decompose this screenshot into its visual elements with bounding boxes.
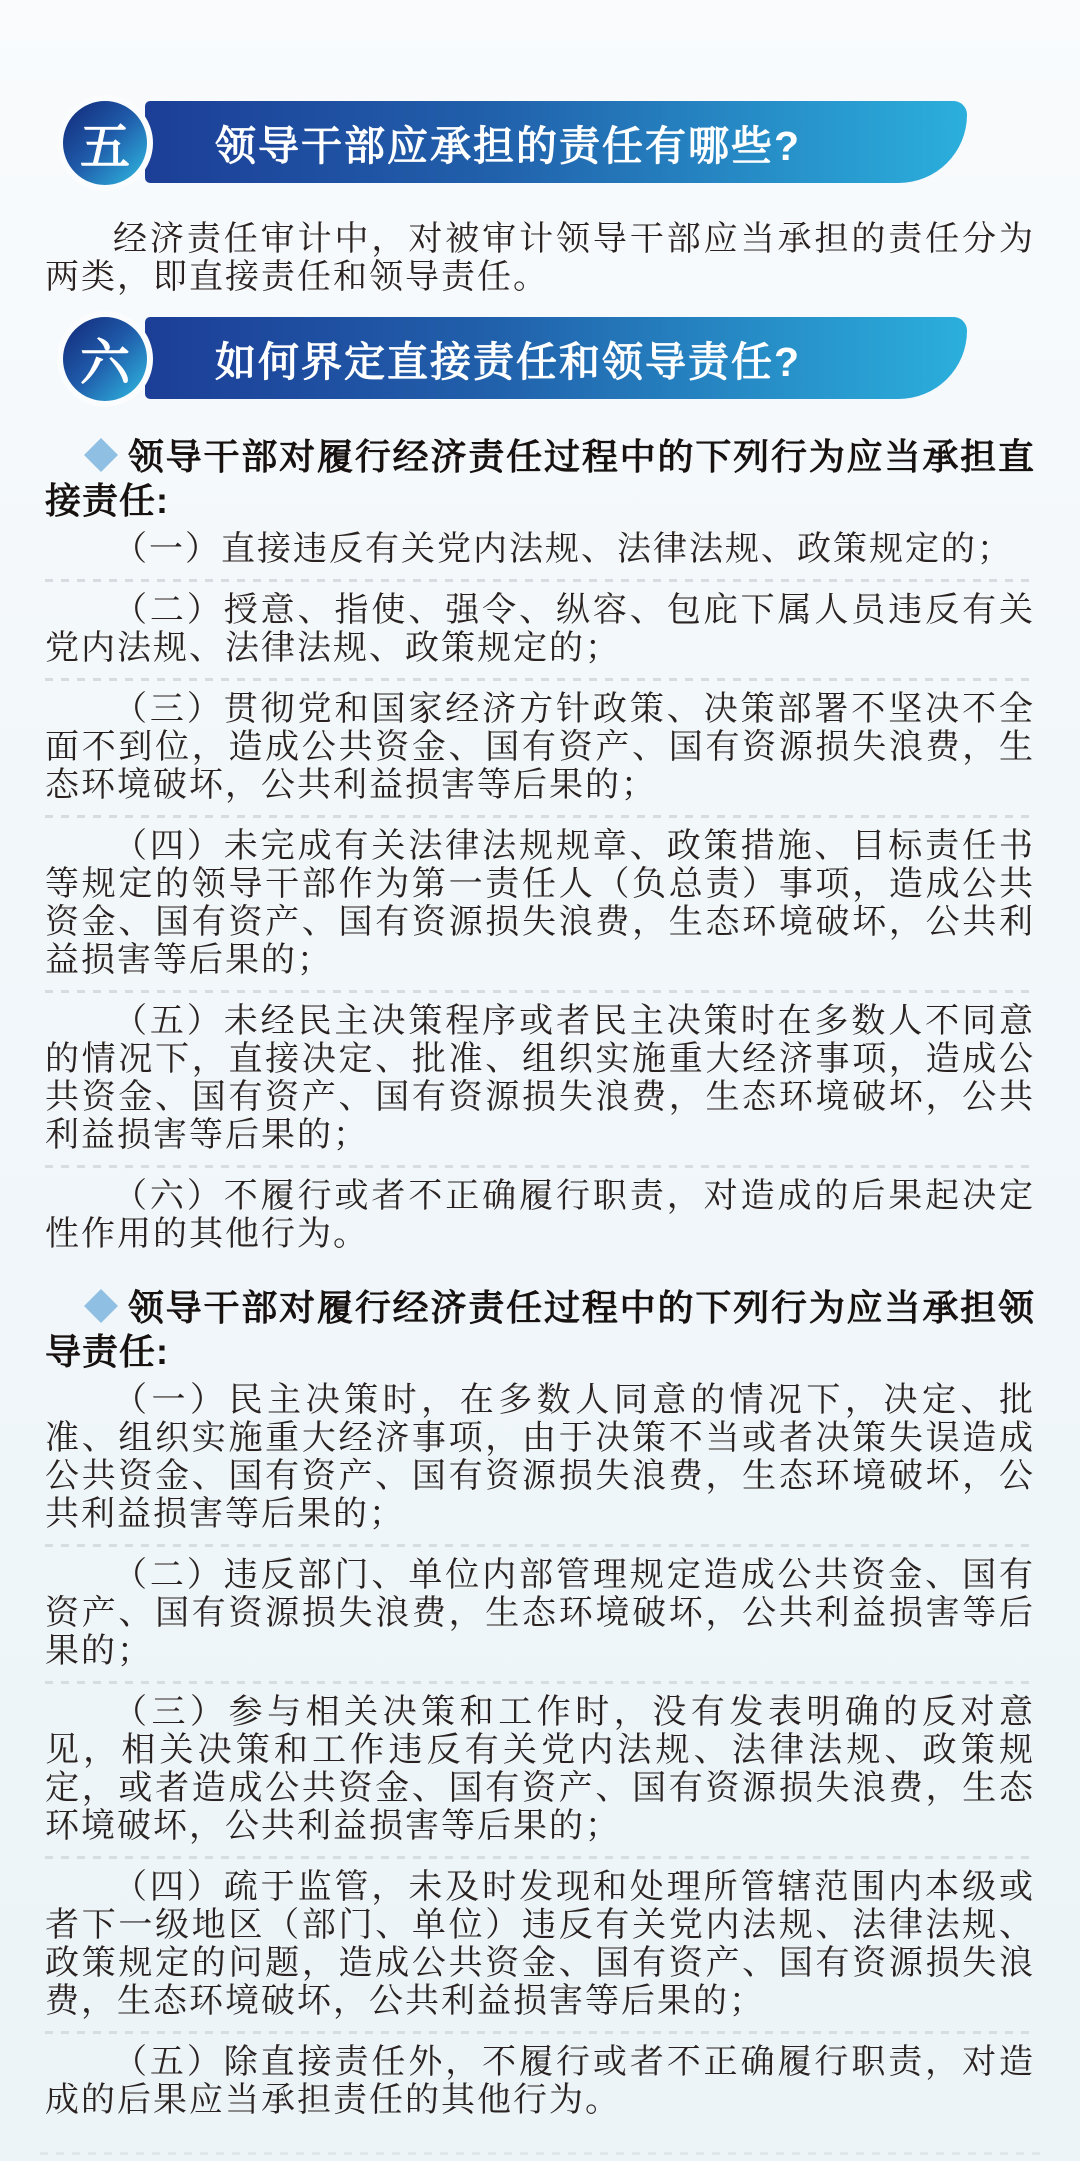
- direct-item-5: （五）未经民主决策程序或者民主决策时在多数人不同意的情况下，直接决定、批准、组织…: [45, 999, 1035, 1159]
- bottom-edge-dashed-line: [40, 2152, 1040, 2155]
- direct-item-3: （三）贯彻党和国家经济方针政策、决策部署不坚决不全面不到位，造成公共资金、国有资…: [45, 687, 1035, 809]
- leadership-responsibility-heading-text: 领导干部对履行经济责任过程中的下列行为应当承担领导责任:: [45, 1287, 1035, 1372]
- dashed-divider: [45, 990, 1035, 993]
- section-header-5: 五 领导干部应承担的责任有哪些?: [45, 95, 1035, 191]
- section-header-6: 六 如何界定直接责任和领导责任?: [45, 311, 1035, 407]
- direct-item-1: （一）直接违反有关党内法规、法律法规、政策规定的；: [45, 527, 1035, 573]
- content-column: 五 领导干部应承担的责任有哪些? 经济责任审计中，对被审计领导干部应当承担的责任…: [0, 0, 1080, 2124]
- leadership-item-2: （二）违反部门、单位内部管理规定造成公共资金、国有资产、国有资源损失浪费，生态环…: [45, 1553, 1035, 1675]
- section-number-text: 六: [80, 323, 130, 395]
- dashed-divider: [45, 1681, 1035, 1684]
- dashed-divider: [45, 815, 1035, 818]
- direct-item-4: （四）未完成有关法律法规规章、政策措施、目标责任书等规定的领导干部作为第一责任人…: [45, 824, 1035, 984]
- direct-item-6: （六）不履行或者不正确履行职责，对造成的后果起决定性作用的其他行为。: [45, 1174, 1035, 1258]
- document-page: { "colors": { "page_bg_top": "#f9fbfd", …: [0, 0, 1080, 2161]
- dashed-divider: [45, 1856, 1035, 1859]
- dashed-divider: [45, 1165, 1035, 1168]
- section-number-text: 五: [80, 107, 130, 179]
- dashed-divider: [45, 2031, 1035, 2034]
- leadership-responsibility-heading: 领导干部对履行经济责任过程中的下列行为应当承担领导责任:: [45, 1286, 1035, 1374]
- dashed-divider: [45, 678, 1035, 681]
- dashed-divider: [45, 1544, 1035, 1547]
- diamond-bullet-icon: [84, 438, 118, 472]
- direct-item-2: （二）授意、指使、强令、纵容、包庇下属人员违反有关党内法规、法律法规、政策规定的…: [45, 588, 1035, 672]
- dashed-divider: [45, 579, 1035, 582]
- leadership-item-4: （四）疏于监管，未及时发现和处理所管辖范围内本级或者下一级地区（部门、单位）违反…: [45, 1865, 1035, 2025]
- leadership-item-5: （五）除直接责任外，不履行或者不正确履行职责，对造成的后果应当承担责任的其他行为…: [45, 2040, 1035, 2124]
- diamond-bullet-icon: [84, 1289, 118, 1323]
- leadership-item-3: （三）参与相关决策和工作时，没有发表明确的反对意见，相关决策和工作违反有关党内法…: [45, 1690, 1035, 1850]
- section-title-text: 如何界定直接责任和领导责任?: [215, 329, 801, 388]
- section-title-banner: 领导干部应承担的责任有哪些?: [145, 101, 967, 183]
- direct-responsibility-heading: 领导干部对履行经济责任过程中的下列行为应当承担直接责任:: [45, 435, 1035, 523]
- intro-paragraph: 经济责任审计中，对被审计领导干部应当承担的责任分为两类，即直接责任和领导责任。: [45, 221, 1035, 297]
- section-number-badge: 六: [57, 311, 153, 407]
- section-title-text: 领导干部应承担的责任有哪些?: [215, 113, 801, 172]
- leadership-item-1: （一）民主决策时，在多数人同意的情况下，决定、批准、组织实施重大经济事项，由于决…: [45, 1378, 1035, 1538]
- section-title-banner: 如何界定直接责任和领导责任?: [145, 317, 967, 399]
- section-number-badge: 五: [57, 95, 153, 191]
- direct-responsibility-heading-text: 领导干部对履行经济责任过程中的下列行为应当承担直接责任:: [45, 436, 1035, 521]
